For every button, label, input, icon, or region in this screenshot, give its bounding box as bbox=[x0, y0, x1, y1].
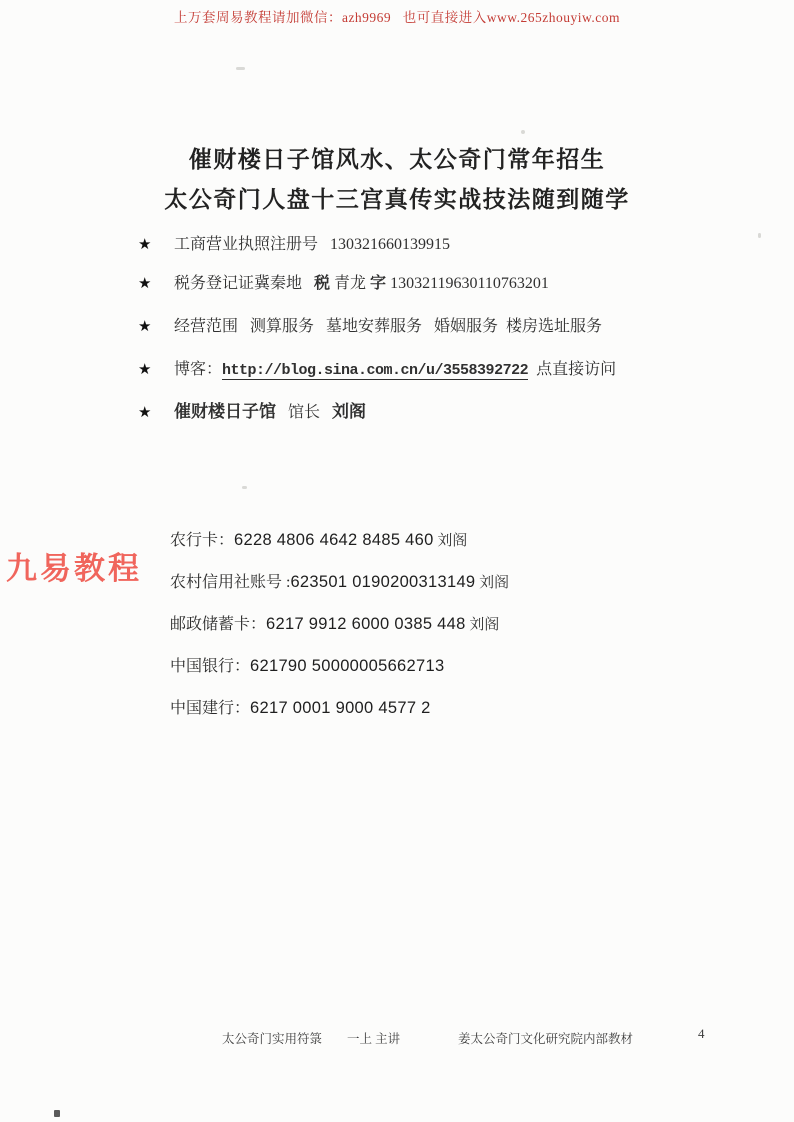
tax-word: 税 bbox=[314, 275, 330, 292]
tax-zi-word: 字 bbox=[370, 275, 386, 292]
bank-row-credit-union: 农村信用社账号 :623501 0190200313149 刘阁 bbox=[170, 569, 730, 592]
bank-row-postal: 邮政储蓄卡：6217 9912 6000 0385 448 刘阁 bbox=[170, 611, 730, 634]
account-holder: 刘阁 bbox=[475, 575, 509, 591]
star-bullet-icon: ★ bbox=[138, 317, 174, 335]
bullet-business-scope: ★经营范围 测算服务 墓地安葬服务 婚姻服务 楼房选址服务 bbox=[138, 313, 758, 336]
hall-master-label: 馆长 bbox=[276, 404, 332, 421]
blog-label: 博客： bbox=[174, 361, 222, 378]
scan-artifact bbox=[54, 1110, 60, 1117]
scan-speck bbox=[758, 233, 761, 238]
tax-qinglong: 青龙 bbox=[330, 275, 370, 292]
bullet-hall-master: ★催财楼日子馆 馆长 刘阁 bbox=[138, 397, 758, 422]
star-bullet-icon: ★ bbox=[138, 235, 174, 253]
document-page: 上万套周易教程请加微信：azh9969 也可直接进入www.265zhouyiw… bbox=[0, 0, 794, 1122]
bank-row-boc: 中国银行：621790 50000005662713 bbox=[170, 653, 730, 676]
bank-number: 6217 0001 9000 4577 2 bbox=[250, 699, 431, 717]
bullet-blog: ★博客：http://blog.sina.com.cn/u/3558392722… bbox=[138, 356, 758, 379]
tax-reg-number: 13032119630110763201 bbox=[386, 275, 549, 292]
bullet-business-license-text: 工商营业执照注册号 130321660139915 bbox=[174, 236, 450, 253]
tax-reg-prefix: 税务登记证冀秦地 bbox=[174, 275, 314, 292]
title-line-1: 催财楼日子馆风水、太公奇门常年招生 bbox=[0, 141, 794, 174]
hall-master-name: 刘阁 bbox=[332, 402, 366, 421]
star-bullet-icon: ★ bbox=[138, 360, 174, 378]
blog-url-link[interactable]: http://blog.sina.com.cn/u/3558392722 bbox=[222, 362, 528, 380]
bank-label: 邮政储蓄卡： bbox=[170, 616, 266, 633]
star-bullet-icon: ★ bbox=[138, 274, 174, 292]
scan-speck bbox=[242, 486, 247, 489]
bank-number: 6217 9912 6000 0385 448 bbox=[266, 615, 466, 633]
bank-label: 中国银行： bbox=[170, 658, 250, 675]
promo-header: 上万套周易教程请加微信：azh9969 也可直接进入www.265zhouyiw… bbox=[0, 6, 794, 26]
footer-institute: 姜太公奇门文化研究院内部教材 bbox=[458, 1029, 633, 1047]
bank-label: 农村信用社账号 : bbox=[170, 574, 290, 591]
bank-label: 中国建行： bbox=[170, 700, 250, 717]
bank-label: 农行卡： bbox=[170, 532, 234, 549]
bullet-business-license: ★工商营业执照注册号 130321660139915 bbox=[138, 231, 758, 254]
scan-speck bbox=[236, 67, 245, 70]
scan-speck bbox=[521, 130, 525, 134]
account-holder: 刘阁 bbox=[466, 617, 500, 633]
bank-row-abc: 农行卡：6228 4806 4642 8485 460 刘阁 bbox=[170, 527, 730, 550]
watermark-jiuyi-jiaocheng: 九易教程 bbox=[6, 543, 142, 588]
footer-course-title: 太公奇门实用符箓 bbox=[222, 1029, 322, 1047]
bank-number: 623501 0190200313149 bbox=[290, 573, 475, 591]
title-line-2: 太公奇门人盘十三宫真传实战技法随到随学 bbox=[0, 181, 794, 214]
bullet-tax-registration: ★税务登记证冀秦地 税 青龙 字 13032119630110763201 bbox=[138, 270, 758, 293]
bullet-business-scope-text: 经营范围 测算服务 墓地安葬服务 婚姻服务 楼房选址服务 bbox=[174, 318, 602, 335]
bank-number: 621790 50000005662713 bbox=[250, 657, 444, 675]
bank-row-ccb: 中国建行：6217 0001 9000 4577 2 bbox=[170, 695, 730, 718]
blog-suffix: 点直接访问 bbox=[528, 361, 616, 378]
hall-name: 催财楼日子馆 bbox=[174, 402, 276, 421]
star-bullet-icon: ★ bbox=[138, 403, 174, 421]
bank-number: 6228 4806 4642 8485 460 bbox=[234, 531, 434, 549]
account-holder: 刘阁 bbox=[434, 533, 468, 549]
page-number: 4 bbox=[698, 1026, 705, 1042]
footer-lecturer: 一上 主讲 bbox=[347, 1029, 400, 1047]
